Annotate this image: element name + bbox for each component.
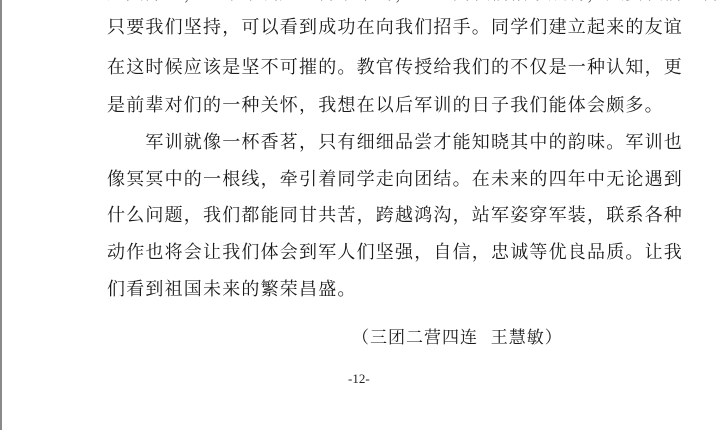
paragraph-1-line-1: 只要我们坚持，可以看到成功在向我们招手。同学们建立起来的友谊 [107,18,683,38]
page-number: -12- [348,371,370,387]
cut-off-text-line: 过实际上，一年军训是坚持下来的，已经向我们招手成功，只要我们坚持 [107,0,720,4]
paragraph-2-line-1: 军训就像一杯香茗，只有细细品尝才能知晓其中的韵味。军训也 [107,133,683,153]
paragraph-2-line-3: 什么问题，我们都能同甘共苦，跨越鸿沟，站军姿穿军装，联系各种 [107,206,683,226]
paragraph-1-line-3: 是前辈对们的一种关怀，我想在以后军训的日子我们能体会颇多。 [107,96,664,116]
paragraph-2-line-5: 们看到祖国未来的繁荣昌盛。 [107,280,357,300]
paragraph-2-line-4: 动作也将会让我们体会到军人们坚强，自信，忠诚等优良品质。让我 [107,243,683,263]
paragraph-1-line-2: 在这时候应该是坚不可摧的。教官传授给我们的不仅是一种认知，更 [107,58,683,78]
document-page: 过实际上，一年军训是坚持下来的，已经向我们招手成功，只要我们坚持 只要我们坚持，… [0,0,720,430]
author-signature: （三团二营四连 王慧敏） [352,328,563,348]
paragraph-2-line-2: 像冥冥中的一根线，牵引着同学走向团结。在未来的四年中无论遇到 [107,170,683,190]
